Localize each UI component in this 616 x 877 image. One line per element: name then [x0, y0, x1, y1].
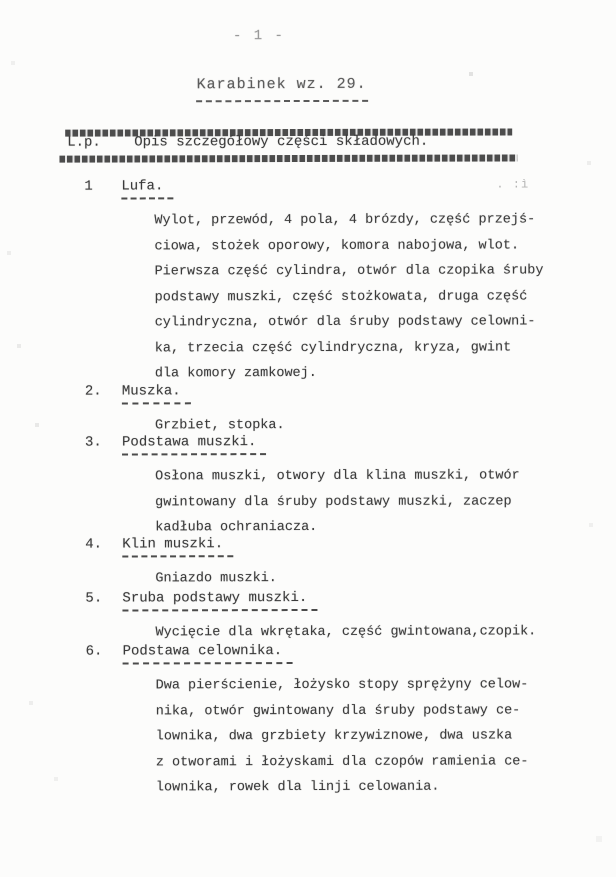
item-number: 3. — [85, 434, 122, 450]
item-body: Dwa pierścienie, łożysko stopy sprężyny … — [156, 672, 586, 801]
list-item: 1 Lufa. Wylot, przewód, 4 pola, 4 brózdy… — [84, 177, 585, 387]
item-title-underline — [122, 402, 191, 404]
body-line: Pierwsza część cylindra, otwór dla czopi… — [155, 258, 585, 285]
body-line: Osłona muszki, otwory dla klina muszki, … — [155, 463, 585, 490]
item-title: Lufa. — [121, 178, 163, 194]
column-header-description: Opis szczegółowy części składowych. — [134, 134, 428, 151]
list-item: 2. Muszka. Grzbiet, stopka. — [85, 382, 585, 439]
body-line: ka, trzecia część cylindryczna, kryza, g… — [155, 335, 585, 362]
list-item: 4. Klin muszki. Gniazdo muszki. — [85, 535, 585, 592]
item-body: Gniazdo muszki. — [155, 565, 585, 592]
item-title: Podstawa celownika. — [123, 643, 283, 659]
list-item: 5. Sruba podstawy muszki. Wycięcie dla w… — [85, 589, 585, 646]
table-header-row: L.p.Opis szczegółowy części składowych. — [67, 133, 527, 150]
table-border-bottom — [59, 154, 517, 162]
item-title: Podstawa muszki. — [122, 434, 256, 450]
body-line: Dwa pierścienie, łożysko stopy sprężyny … — [156, 672, 586, 699]
item-title: Muszka. — [122, 383, 181, 399]
column-header-lp: L.p. — [67, 134, 134, 150]
body-line: lownika, dwa grzbiety krzywiznowe, dwa u… — [156, 723, 586, 750]
body-line: lownika, rowek dla linji celowania. — [156, 774, 586, 801]
title-underline — [196, 100, 368, 102]
item-number: 5. — [85, 590, 122, 606]
item-body: Wylot, przewód, 4 pola, 4 brózdy, część … — [154, 207, 584, 387]
list-item: 3. Podstawa muszki. Osłona muszki, otwor… — [85, 433, 585, 541]
item-number: 2. — [85, 383, 122, 399]
document-sheet: - 1 - Karabinek wz. 29. L.p.Opis szczegó… — [0, 0, 616, 877]
list-item: 6. Podstawa celownika. Dwa pierścienie, … — [86, 642, 586, 801]
body-line: Gniazdo muszki. — [155, 565, 585, 592]
body-line: gwintowany dla śruby podstawy muszki, za… — [155, 489, 585, 516]
document-title: Karabinek wz. 29. — [0, 75, 564, 93]
item-title: Sruba podstawy muszki. — [122, 590, 307, 606]
body-line: z otworami i łożyskami dla czopów ramien… — [156, 749, 586, 776]
item-title-underline — [121, 197, 173, 199]
body-line: ciowa, stożek oporowy, komora nabojowa, … — [154, 233, 584, 260]
item-title-underline — [122, 555, 233, 557]
item-title-underline — [122, 453, 266, 455]
item-title: Klin muszki. — [122, 536, 223, 552]
item-number: 4. — [85, 536, 122, 552]
item-number: 1 — [84, 178, 121, 194]
parts-list: 1 Lufa. Wylot, przewód, 4 pola, 4 brózdy… — [0, 0, 615, 1]
item-title-underline — [122, 609, 317, 612]
body-line: Wylot, przewód, 4 pola, 4 brózdy, część … — [154, 207, 584, 234]
item-number: 6. — [86, 643, 123, 659]
body-line: nika, otwór gwintowany dla śruby podstaw… — [156, 698, 586, 725]
page-number: - 1 - — [0, 27, 519, 44]
body-line: podstawy muszki, część stożkowata, druga… — [155, 284, 585, 311]
item-title-underline — [123, 662, 293, 664]
item-body: Osłona muszki, otwory dla klina muszki, … — [155, 463, 585, 541]
body-line: cylindryczna, otwór dla śruby podstawy c… — [155, 309, 585, 336]
scanned-document-page: - 1 - Karabinek wz. 29. L.p.Opis szczegó… — [0, 0, 616, 877]
